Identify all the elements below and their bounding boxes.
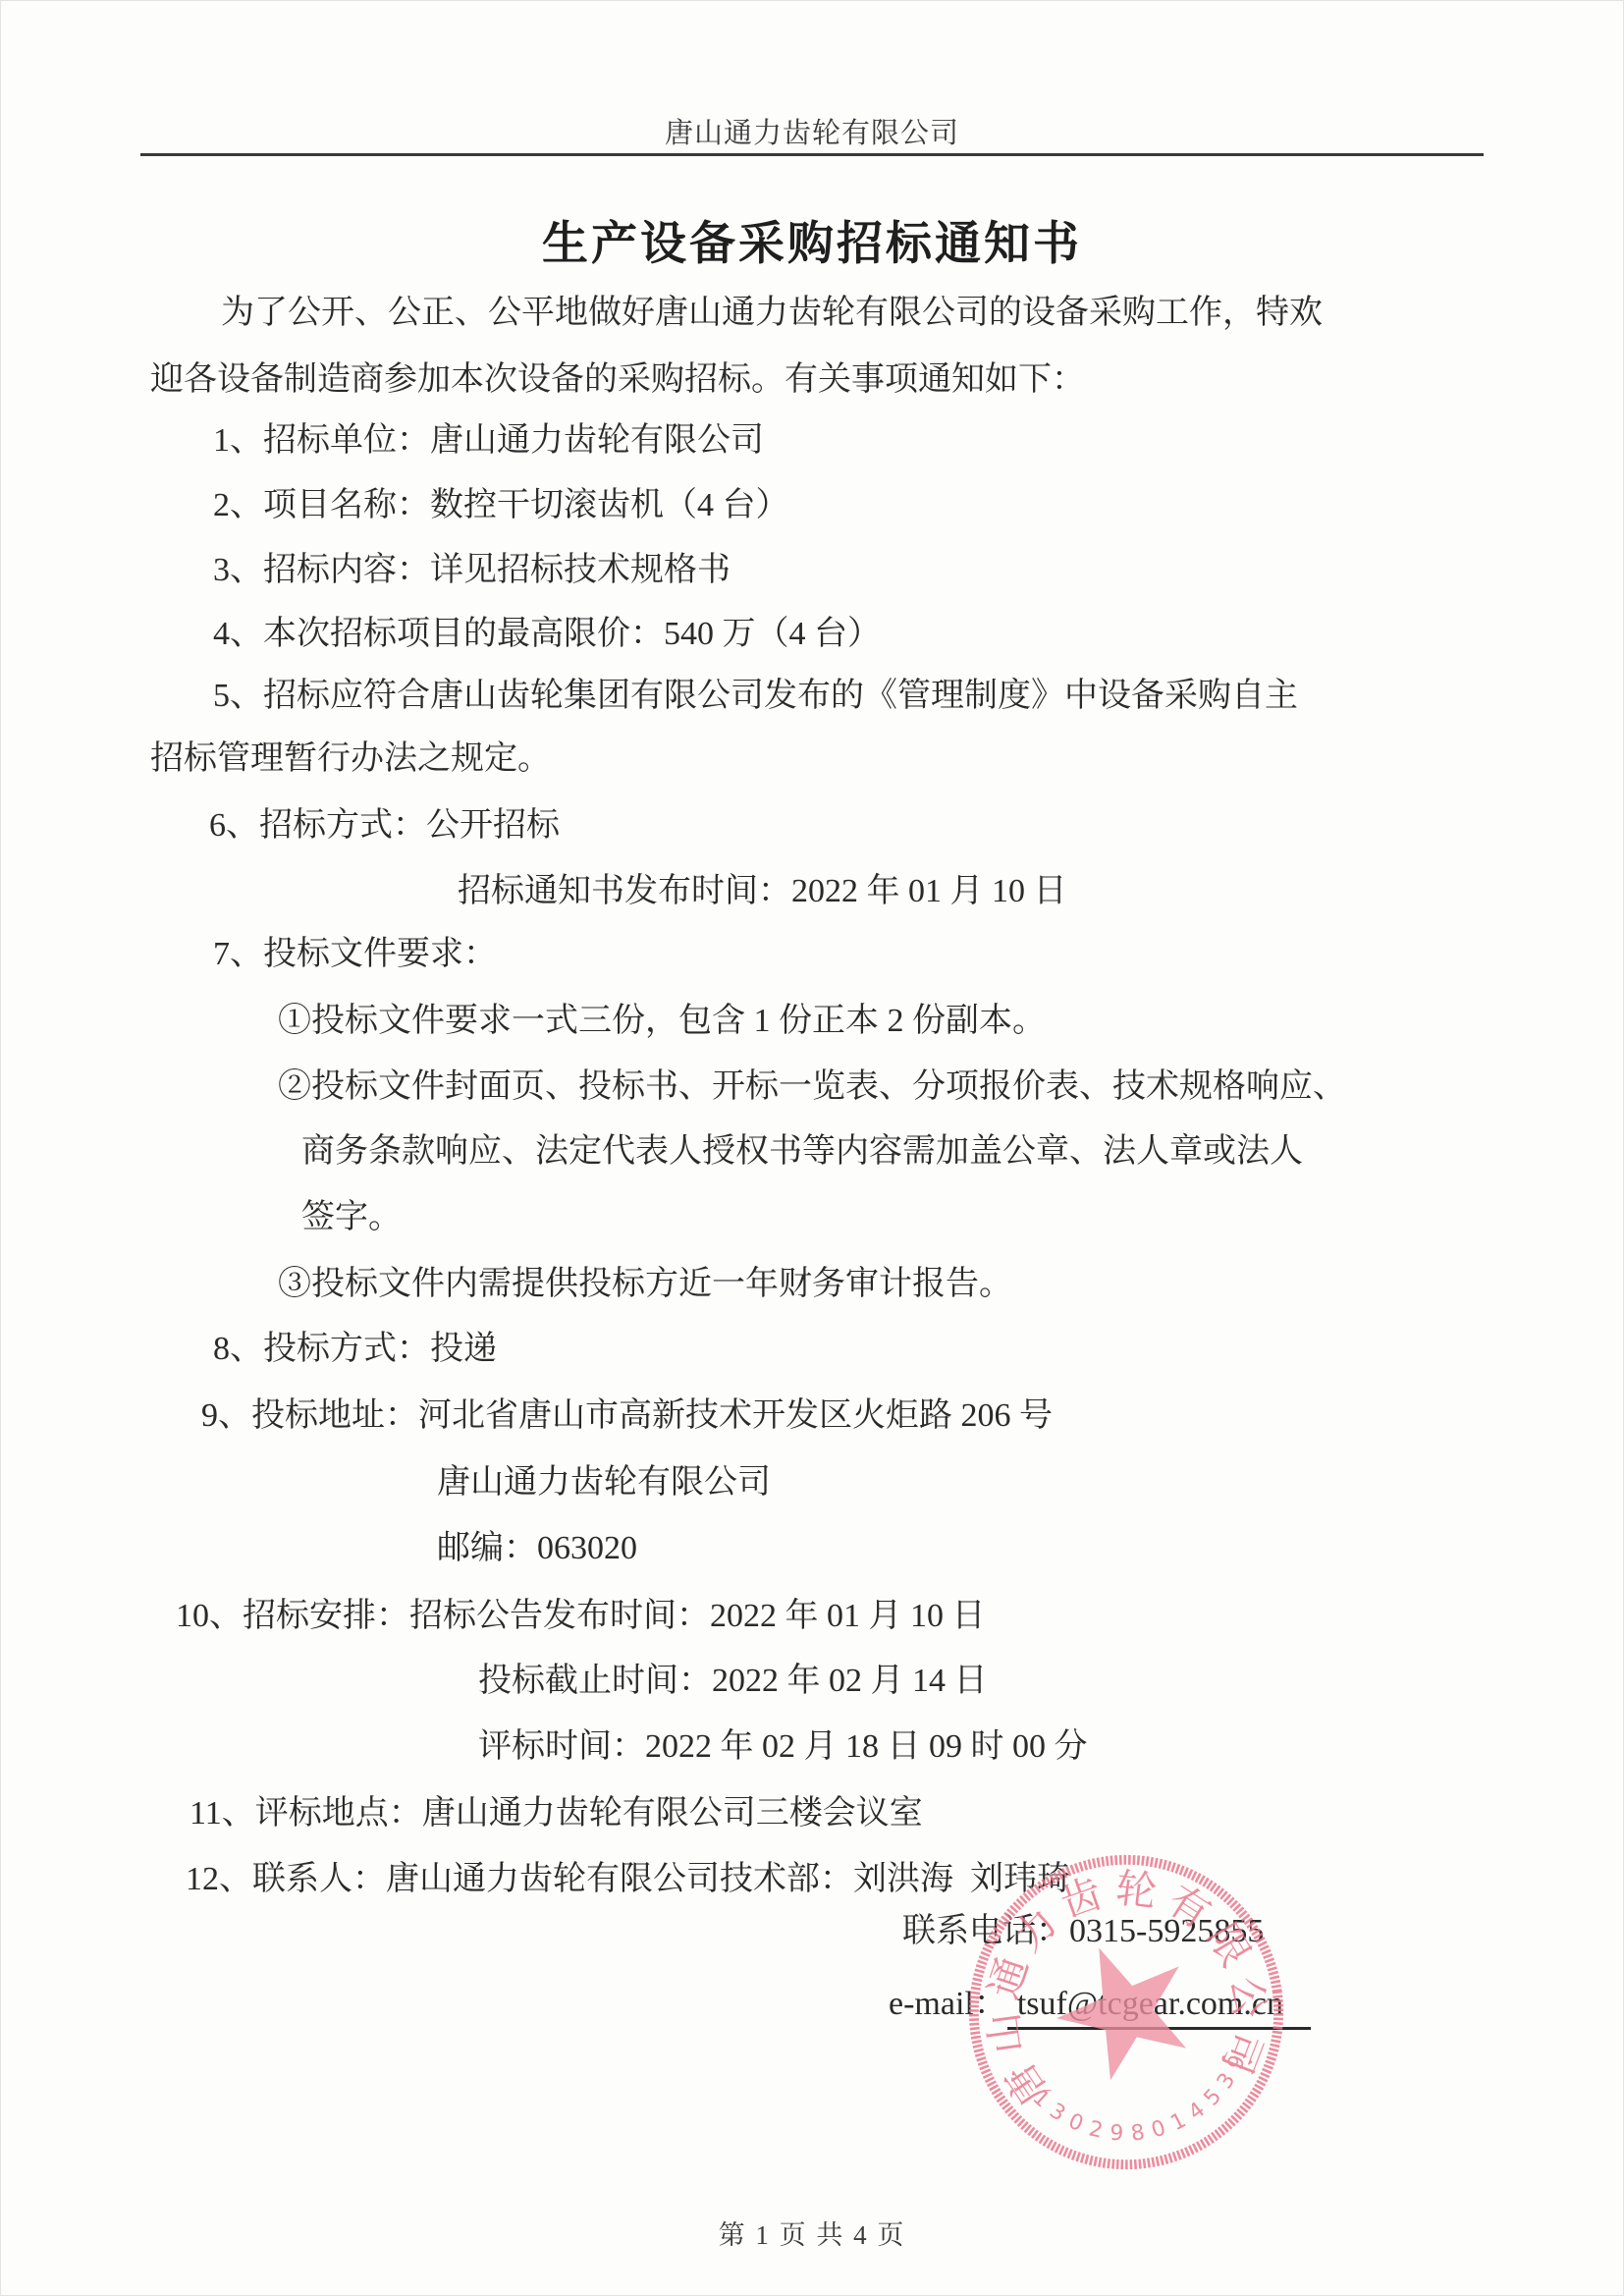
item-5-rules: 5、招标应符合唐山齿轮集团有限公司发布的《管理制度》中设备采购自主	[213, 675, 1298, 718]
scanned-document-page: 唐山通力齿轮有限公司 生产设备采购招标通知书 为了公开、公正、公平地做好唐山通力…	[0, 0, 1624, 2296]
item-4-price-limit: 4、本次招标项目的最高限价：540 万（4 台）	[213, 613, 881, 656]
item-7-sub-2-cont: 商务条款响应、法定代表人授权书等内容需加盖公章、法人章或法人	[301, 1130, 1303, 1174]
email-address: tsuf@tcgear.com.cn	[1007, 1986, 1311, 2030]
item-10-deadline: 投标截止时间：2022 年 02 月 14 日	[478, 1660, 988, 1703]
email-label: e-mail：	[889, 1986, 1007, 2022]
intro-line-1: 为了公开、公正、公平地做好唐山通力齿轮有限公司的设备采购工作，特欢	[221, 292, 1323, 335]
page-header-company: 唐山通力齿轮有限公司	[1, 111, 1623, 151]
item-6-publish-date: 招标通知书发布时间：2022 年 01 月 10 日	[458, 870, 1067, 913]
item-7-requirements: 7、投标文件要求：	[213, 933, 497, 976]
item-7-sub-2-end: 签字。	[301, 1196, 402, 1239]
item-7-sub-2: ②投标文件封面页、投标书、开标一览表、分项报价表、技术规格响应、	[278, 1066, 1346, 1109]
item-7-sub-1: ①投标文件要求一式三份，包含 1 份正本 2 份副本。	[278, 1000, 1046, 1043]
item-9-bid-address: 9、投标地址：河北省唐山市高新技术开发区火炬路 206 号	[201, 1394, 1053, 1438]
item-1-tender-unit: 1、招标单位：唐山通力齿轮有限公司	[213, 419, 764, 463]
item-6-method: 6、招标方式：公开招标	[209, 804, 560, 847]
item-3-content: 3、招标内容：详见招标技术规格书	[213, 549, 731, 592]
item-9-postcode: 邮编：063020	[437, 1527, 637, 1570]
page-number-footer: 第 1 页 共 4 页	[1, 2214, 1623, 2252]
item-11-eval-place: 11、评标地点：唐山通力齿轮有限公司三楼会议室	[189, 1792, 923, 1835]
item-12-contacts: 12、联系人：唐山通力齿轮有限公司技术部：刘洪海 刘玮琦	[186, 1858, 1070, 1901]
item-5-rules-cont: 招标管理暂行办法之规定。	[150, 738, 551, 781]
contact-email: e-mail：tsuf@tcgear.com.cn	[889, 1983, 1311, 2026]
contact-phone: 联系电话：0315-5925855	[902, 1910, 1264, 1953]
item-7-sub-3: ③投标文件内需提供投标方近一年财务审计报告。	[278, 1263, 1012, 1306]
page-title: 生产设备采购招标通知书	[1, 207, 1623, 273]
item-10-schedule: 10、招标安排：招标公告发布时间：2022 年 01 月 10 日	[176, 1595, 986, 1638]
item-2-project-name: 2、项目名称：数控干切滚齿机（4 台）	[213, 484, 789, 527]
item-8-bid-method: 8、投标方式：投递	[213, 1328, 497, 1371]
header-rule	[140, 153, 1484, 156]
item-9-address-2: 唐山通力齿轮有限公司	[437, 1461, 771, 1504]
item-10-eval-time: 评标时间：2022 年 02 月 18 日 09 时 00 分	[478, 1725, 1088, 1769]
intro-line-2: 迎各设备制造商参加本次设备的采购招标。有关事项通知如下：	[150, 358, 1085, 402]
